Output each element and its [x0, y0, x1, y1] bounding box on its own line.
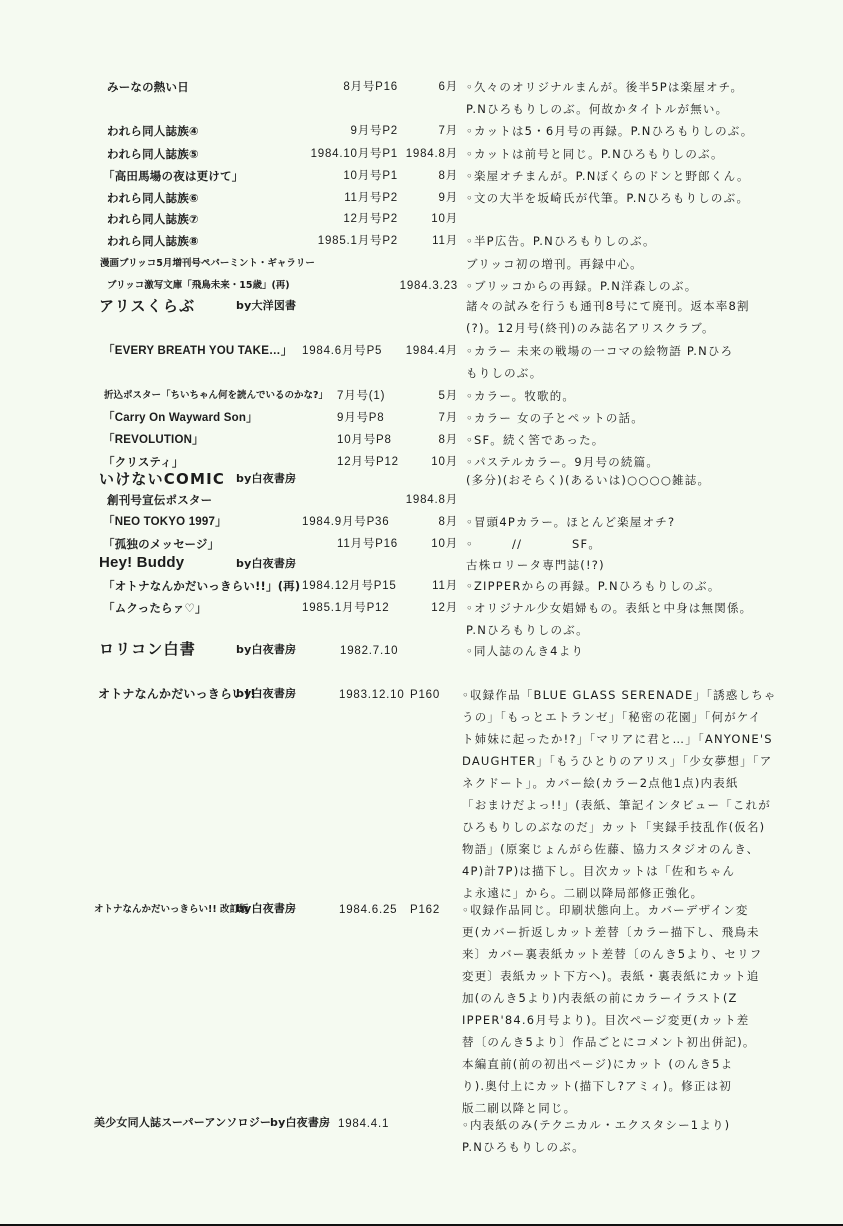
book-note: ト姉妹に起ったか!?」「マリアに君と…」「ANYONE'S: [462, 732, 773, 746]
book-note: ◦収録作品「BLUE GLASS SERENADE」「誘惑しちゃ: [462, 688, 777, 702]
book-note: ひろもりしのぶなのだ」カット「実録手技乱作(仮名): [462, 820, 765, 834]
entry-note: ◦半P広告。P.Nひろもりしのぶ。: [466, 234, 656, 248]
entry-title: 「クリスティ」: [103, 455, 184, 469]
book-note: うの」「もっとエトランゼ」「秘密の花園」「何がケイ: [462, 710, 761, 724]
entry-date: 10月: [400, 537, 458, 551]
entry-issue: 9月号P8: [337, 411, 384, 425]
entry-issue: 10月号P8: [337, 433, 392, 447]
book-note: 来〕カバー裏表紙カット差替〔のんき5より、セリフ: [462, 947, 763, 961]
magazine-title: Hey! Buddy: [99, 554, 184, 572]
magazine-title: アリスくらぶ: [99, 297, 195, 315]
magazine-note: 諸々の試みを行うも通刊8号にて廃刊。返本率8割: [466, 299, 750, 313]
entry-note: ◦パステルカラー。9月号の続篇。: [466, 455, 659, 469]
entry-note: もりしのぶ。: [466, 366, 542, 380]
entry-note: ◦ZIPPERからの再録。P.Nひろもりしのぶ。: [466, 579, 721, 593]
entry-title: われら同人誌族④: [107, 124, 199, 138]
entry-note: ◦同人誌のんき4より: [466, 644, 584, 658]
publisher: by白夜書房: [236, 643, 296, 657]
book-note: 本編直前(前の初出ページ)にカット (のんき5よ: [462, 1057, 733, 1071]
entry-title: 折込ポスター「ちいちゃん何を読んでいるのかな?」: [104, 389, 328, 403]
entry-note: P.Nひろもりしのぶ。何故かタイトルが無い。: [466, 102, 728, 116]
entry-title: 「REVOLUTION」: [103, 433, 204, 447]
entry-date: 10月: [400, 455, 458, 469]
entry-note: ◦カットは前号と同じ。P.Nひろもりしのぶ。: [466, 147, 724, 161]
book-note: DAUGHTER」「もうひとりのアリス」「少女夢想」「ア: [462, 754, 772, 768]
entry-issue: 8月号P16: [300, 80, 398, 94]
magazine-title: いけないCOMIC: [99, 470, 225, 488]
entry-note: ◦久々のオリジナルまんが。後半5Pは楽屋オチ。: [466, 80, 743, 94]
entry-date: 11月: [400, 579, 458, 593]
publisher: by白夜書房: [236, 472, 296, 486]
entry-title: 「オトナなんかだいっきらい!!」(再): [103, 579, 300, 593]
entry-title: 「ムクったらァ♡」: [103, 601, 207, 615]
entry-issue: 7月号(1): [337, 389, 385, 403]
entry-issue: 1984.10月号P1: [290, 147, 398, 161]
page-count: P162: [410, 903, 440, 917]
book-note: ◦収録作品同じ。印刷状態向上。カバーデザイン変: [462, 903, 749, 917]
entry-title: われら同人誌族⑤: [107, 147, 199, 161]
entry-date: 9月: [400, 191, 458, 205]
entry-date: 8月: [400, 433, 458, 447]
entry-title: 創刊号宣伝ポスター: [107, 493, 212, 507]
publication-date: 1984.4.1: [338, 1117, 389, 1131]
book-note: 替〔のんき5より〕作品ごとにコメント初出併記)。: [462, 1035, 756, 1049]
book-note: 4P)計7P)は描下し。目次カットは「佐和ちゃん: [462, 864, 735, 878]
book-note: P.Nひろもりしのぶ。: [462, 1140, 585, 1154]
entry-note: ◦冒頭4Pカラー。ほとんど楽屋オチ?: [466, 515, 675, 529]
entry-note: ◦カットは5・6月号の再録。P.Nひろもりしのぶ。: [466, 124, 753, 138]
entry-issue: 12月号P2: [300, 212, 398, 226]
entry-date: 12月: [400, 601, 458, 615]
magazine-title: ロリコン白書: [99, 640, 196, 658]
entry-title: みーなの熱い日: [107, 80, 189, 94]
book-note: り).奥付上にカット(描下し?アミィ)。修正は初: [462, 1079, 732, 1093]
publication-date: 1982.7.10: [340, 644, 398, 658]
publisher: by白夜書房: [270, 1116, 330, 1130]
entry-note: ◦オリジナル少女娼婦もの。表紙と中身は無関係。: [466, 601, 752, 615]
entry-issue: 1984.12月号P15: [302, 579, 397, 593]
book-note: 物語」(原案じょんがら佐藤、協力スタジオのんき、: [462, 842, 759, 856]
book-title: オトナなんかだいっきらい!! 改訂版: [94, 903, 248, 917]
publisher: by白夜書房: [236, 687, 296, 701]
book-note: 加(のんき5より)内表紙の前にカラーイラスト(Z: [462, 991, 738, 1005]
entry-issue: 10月号P1: [300, 169, 398, 183]
book-note: ◦内表紙のみ(テクニカル・エクスタシー1より): [462, 1118, 730, 1132]
entry-issue: 12月号P12: [337, 455, 399, 469]
entry-note: ◦SF。続く筈であった。: [466, 433, 604, 447]
ditto-mark: //: [512, 537, 522, 551]
entry-date: 1984.8月: [380, 493, 458, 507]
entry-issue: 1985.1月号P12: [302, 601, 389, 615]
book-note: よ永遠に」から。二刷以降局部修正強化。: [462, 886, 703, 900]
entry-issue: 1984.9月号P36: [302, 515, 389, 529]
entry-title: 「NEO TOKYO 1997」: [103, 515, 227, 529]
entry-note: SF。: [572, 537, 601, 551]
entry-note: ◦カラー。牧歌的。: [466, 389, 575, 403]
entry-issue: 9月号P2: [300, 124, 398, 138]
entry-date: 11月: [400, 234, 458, 248]
entry-note: ◦ブリッコからの再録。P.N洋森しのぶ。: [466, 279, 698, 293]
entry-issue: 11月号P16: [337, 537, 398, 551]
entry-title: われら同人誌族⑥: [107, 191, 199, 205]
magazine-note: 古株ロリータ専門誌(!?): [466, 558, 605, 572]
entry-date: 7月: [400, 124, 458, 138]
entry-note: ◦カラー 未来の戦場の一コマの絵物語 P.Nひろ: [466, 344, 733, 358]
entry-date: 1984.8月: [400, 147, 458, 161]
entry-date: 10月: [400, 212, 458, 226]
entry-note: ◦: [466, 537, 474, 551]
publication-date: 1984.6.25: [339, 903, 397, 917]
entry-issue: 11月号P2: [300, 191, 398, 205]
entry-title: 「Carry On Wayward Son」: [103, 411, 258, 425]
book-note: ネクドート」。カバー絵(カラー2点他1点)内表紙: [462, 776, 739, 790]
publication-date: 1983.12.10: [339, 688, 405, 702]
book-note: 変更〕表紙カット下方へ)。表紙・裏表紙にカット追: [462, 969, 760, 983]
entry-note: P.Nひろもりしのぶ。: [466, 623, 589, 637]
publisher: by大洋図書: [236, 299, 296, 313]
page-count: P160: [410, 688, 440, 702]
entry-title: 「EVERY BREATH YOU TAKE…」: [103, 344, 292, 358]
document-page: みーなの熱い日 8月号P16 6月 ◦久々のオリジナルまんが。後半5Pは楽屋オチ…: [0, 0, 843, 1226]
publisher: by白夜書房: [236, 902, 296, 916]
entry-title: 「高田馬場の夜は更けて」: [103, 169, 243, 183]
entry-date: 7月: [400, 411, 458, 425]
book-note: 版二刷以降と同じ。: [462, 1101, 576, 1115]
entry-note: ブリッコ初の増刊。再録中心。: [466, 257, 643, 271]
entry-date: 8月: [400, 169, 458, 183]
entry-note: ◦楽屋オチまんが。P.Nぼくらのドンと野郎くん。: [466, 169, 750, 183]
publisher: by白夜書房: [236, 557, 296, 571]
entry-note: ◦文の大半を坂崎氏が代筆。P.Nひろもりしのぶ。: [466, 191, 749, 205]
book-note: IPPER'84.6月号より)。目次ページ変更(カット差: [462, 1013, 750, 1027]
entry-note: ◦カラー 女の子とペットの話。: [466, 411, 644, 425]
magazine-note: (?)。12月号(終刊)のみ誌名アリスクラブ。: [466, 321, 715, 335]
entry-date: 1984.3.23: [380, 279, 458, 293]
book-title: 美少女同人誌スーパーアンソロジー: [94, 1116, 271, 1130]
book-title: オトナなんかだいっきらい!!: [98, 687, 256, 701]
book-note: 更(カバー折返しカット差替〔カラー描下し、飛鳥未: [462, 925, 760, 939]
magazine-note: (多分)(おそらく)(あるいは)○○○○雑誌。: [466, 473, 710, 487]
book-note: 「おまけだよっ!!」(表紙、筆記インタビュー「これが: [462, 798, 771, 812]
entry-title: 漫画ブリッコ5月増刊号ペパーミント・ギャラリー: [100, 257, 315, 271]
entry-date: 5月: [400, 389, 458, 403]
entry-date: 8月: [400, 515, 458, 529]
entry-date: 1984.4月: [400, 344, 458, 358]
entry-title: 「孤独のメッセージ」: [103, 537, 219, 551]
entry-title: ブリッコ激写文庫「飛鳥未来・15歳」(再): [107, 279, 290, 293]
entry-title: われら同人誌族⑦: [107, 212, 199, 226]
entry-title: われら同人誌族⑧: [107, 234, 199, 248]
entry-issue: 1985.1月号P2: [290, 234, 398, 248]
entry-issue: 1984.6月号P5: [302, 344, 382, 358]
entry-date: 6月: [400, 80, 458, 94]
